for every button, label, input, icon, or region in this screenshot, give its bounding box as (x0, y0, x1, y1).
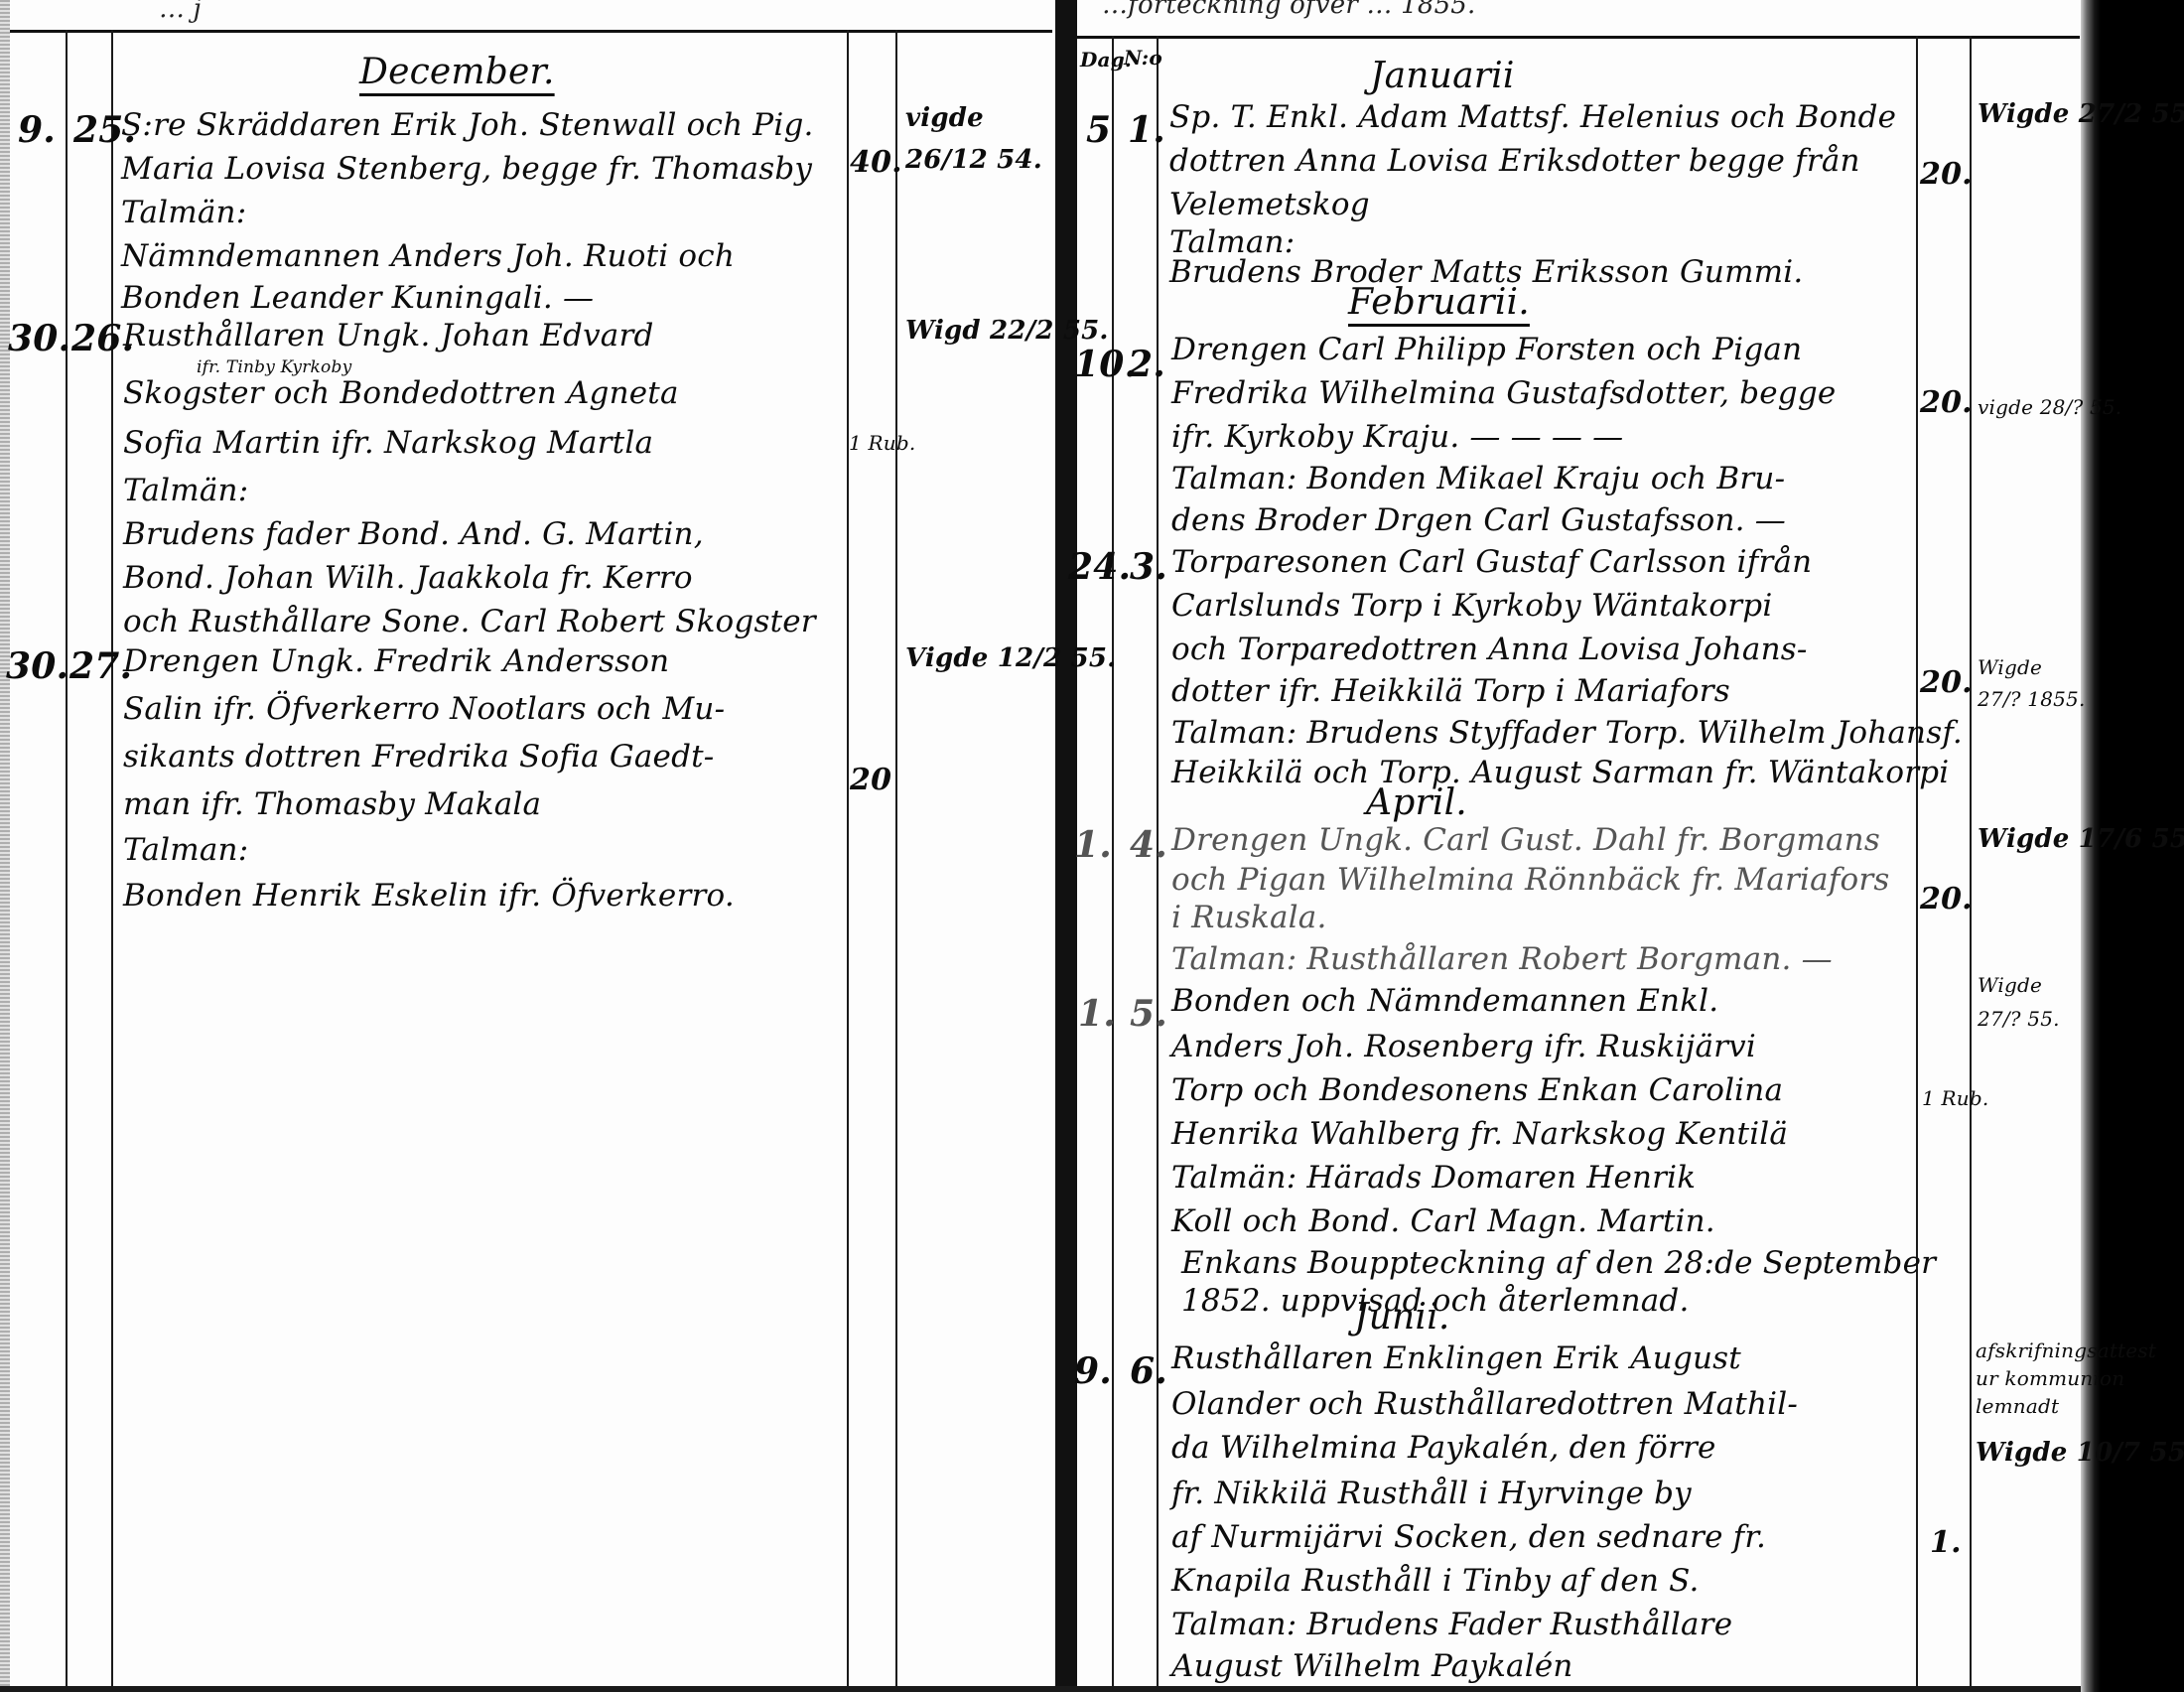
entry-line: i Ruskala. (1171, 900, 1327, 935)
entry-remark: Wigde (1978, 973, 2042, 997)
bottom-edge (0, 1686, 2081, 1692)
entry-line: Bonden Henrik Eskelin ifr. Öfverkerro. (123, 878, 735, 914)
entry-line: Brudens fader Bond. And. G. Martin, (123, 516, 704, 552)
left-col-day-rule (66, 30, 68, 1692)
month-heading-january: Januarii (1370, 56, 1515, 96)
entry-number: 5. (1130, 993, 1167, 1035)
entry-number: 1. (1128, 109, 1165, 151)
entry-line: fr. Nikkilä Rusthåll i Hyrvinge by (1171, 1476, 1692, 1511)
left-col-text-rule (847, 30, 849, 1692)
entry-line: Talmän: (123, 473, 248, 508)
entry-remark: Wigde 17/6 55. (1978, 824, 2184, 854)
entry-line: Carlslunds Torp i Kyrkoby Wäntakorpi (1171, 588, 1772, 624)
column-header-number: N:o (1124, 46, 1162, 70)
left-col-number-rule (111, 30, 113, 1692)
entry-line: Olander och Rusthållaredottren Mathil- (1171, 1386, 1798, 1422)
entry-day: 5 (1086, 109, 1111, 151)
entry-line: dotter ifr. Heikkilä Torp i Mariafors (1171, 673, 1730, 709)
month-heading-february: Februarii. (1348, 282, 1530, 323)
entry-number: 2. (1128, 344, 1165, 385)
top-scrawl-left: … j (159, 0, 202, 24)
entry-line: af Nurmijärvi Socken, den sednare fr. (1171, 1519, 1766, 1555)
entry-remark: ur kommunion (1976, 1366, 2124, 1390)
entry-remark: Wigde (1978, 655, 2042, 679)
entry-line: Maria Lovisa Stenberg, begge fr. Thomasb… (121, 151, 812, 187)
entry-remark: 27/? 1855. (1978, 687, 2086, 711)
entry-line: Koll och Bond. Carl Magn. Martin. (1171, 1203, 1715, 1239)
entry-line: Drengen Carl Philipp Forsten och Pigan (1171, 332, 1802, 367)
right-header-rule (1077, 36, 2080, 39)
month-heading-june: Junii. (1354, 1297, 1449, 1338)
entry-fee: 20. (1920, 882, 1973, 916)
entry-remark: Wigd 22/2 55. (905, 316, 1109, 346)
entry-remark: vigde (905, 103, 984, 133)
entry-line: Talman: Rusthållaren Robert Borgman. — (1171, 941, 1833, 977)
entry-line: Bonden Leander Kuningali. — (121, 280, 594, 316)
entry-remark: afskrifningsattest (1976, 1339, 2156, 1362)
entry-fee: 20. (1920, 157, 1973, 192)
entry-fee: 1 Rub. (1922, 1086, 1988, 1110)
entry-remark: Wigde 27/2 55. (1978, 99, 2184, 129)
entry-line: Talmän: Härads Domaren Henrik (1171, 1160, 1696, 1196)
entry-line: sikants dottren Fredrika Sofia Gaedt- (123, 739, 714, 775)
entry-number: 6. (1130, 1350, 1167, 1392)
right-col-day-rule (1112, 36, 1114, 1692)
entry-remark: Wigde 10/7 55. (1976, 1438, 2184, 1468)
entry-day: 30. (8, 318, 70, 359)
entry-line: Talman: (123, 832, 248, 868)
entry-line: dens Broder Drgen Carl Gustafsson. — (1171, 502, 1786, 538)
top-scrawl-right: …förteckning öfver … 1855. (1102, 0, 1476, 20)
entry-line: Salin ifr. Öfverkerro Nootlars och Mu- (123, 691, 725, 727)
entry-line: Rusthållaren Enklingen Erik August (1171, 1340, 1741, 1376)
entry-line: man ifr. Thomasby Makala (123, 786, 541, 822)
entry-day: 24. (1068, 546, 1131, 588)
entry-line: Drengen Ungk. Fredrik Andersson (123, 643, 669, 679)
entry-line: Henrika Wahlberg fr. Narkskog Kentilä (1171, 1116, 1788, 1152)
entry-fee: 1 Rub. (849, 431, 915, 455)
entry-line: August Wilhelm Paykalén (1171, 1648, 1573, 1684)
entry-fee: 20 (850, 763, 891, 797)
right-col-fee-rule (1970, 36, 1972, 1692)
entry-line: Heikkilä och Torp. August Sarman fr. Wän… (1171, 755, 1949, 790)
entry-line: Bond. Johan Wilh. Jaakkola fr. Kerro (123, 560, 693, 596)
entry-day: 1. (1074, 824, 1112, 866)
month-heading-april: April. (1366, 782, 1467, 823)
entry-line: Anders Joh. Rosenberg ifr. Ruskijärvi (1171, 1029, 1756, 1064)
entry-fee: 40. (850, 145, 902, 180)
entry-fee: 1. (1930, 1525, 1962, 1560)
entry-day: 9. (1074, 1350, 1112, 1392)
entry-line: Sofia Martin ifr. Narkskog Martla (123, 425, 653, 461)
entry-line: Skogster och Bondedottren Agneta (123, 375, 679, 411)
entry-line: Fredrika Wilhelmina Gustafsdotter, begge (1171, 375, 1836, 411)
entry-line: och Pigan Wilhelmina Rönnbäck fr. Mariaf… (1171, 862, 1890, 898)
left-page-edge (0, 0, 10, 1692)
entry-day: 30. (6, 645, 68, 687)
entry-day: 1. (1078, 993, 1116, 1035)
entry-line: Torparesonen Carl Gustaf Carlsson ifrån (1171, 544, 1812, 580)
entry-line: Sp. T. Enkl. Adam Mattsf. Helenius och B… (1169, 99, 1896, 135)
entry-remark: Vigde 12/2 55. (905, 643, 1116, 673)
entry-line: Drengen Ungk. Carl Gust. Dahl fr. Borgma… (1171, 822, 1880, 858)
entry-line: Bonden och Nämndemannen Enkl. (1171, 983, 1718, 1019)
entry-line: Torp och Bondesonens Enkan Carolina (1171, 1072, 1783, 1108)
month-heading-december: December. (359, 52, 555, 92)
left-col-fee-rule (895, 30, 897, 1692)
entry-line: Rusthållaren Ungk. Johan Edvard (123, 318, 654, 353)
entry-line: Talman: Bonden Mikael Kraju och Bru- (1171, 461, 1785, 496)
entry-line: ifr. Kyrkoby Kraju. — — — — (1171, 419, 1623, 455)
entry-line: Knapila Rusthåll i Tinby af den S. (1171, 1563, 1700, 1599)
entry-fee: 20. (1920, 385, 1973, 420)
entry-line: da Wilhelmina Paykalén, den förre (1171, 1430, 1716, 1466)
entry-line: och Rusthållare Sone. Carl Robert Skogst… (123, 604, 816, 639)
entry-remark: 26/12 54. (905, 145, 1042, 175)
entry-day: 9. (18, 109, 56, 151)
entry-number: 4. (1130, 824, 1167, 866)
entry-remark: lemnadt (1976, 1394, 2059, 1418)
entry-line: Enkans Bouppteckning af den 28:de Septem… (1181, 1245, 1936, 1281)
entry-line: Talman: Brudens Styffader Torp. Wilhelm … (1171, 715, 1963, 751)
entry-line: och Torparedottren Anna Lovisa Johans- (1171, 632, 1808, 667)
entry-fee: 20. (1920, 665, 1973, 700)
entry-interlinear-note: ifr. Tinby Kyrkoby (197, 357, 351, 377)
entry-line: dottren Anna Lovisa Eriksdotter begge fr… (1169, 143, 1860, 179)
entry-line: Velemetskog (1169, 187, 1370, 222)
entry-line: Talmän: (121, 195, 246, 230)
entry-line: Talman: Brudens Fader Rusthållare (1171, 1607, 1732, 1642)
entry-line: Nämndemannen Anders Joh. Ruoti och (121, 238, 735, 274)
entry-number: 3. (1130, 546, 1167, 588)
entry-remark: 27/? 55. (1978, 1007, 2060, 1031)
right-col-text-rule (1916, 36, 1918, 1692)
entry-remark: vigde 28/? 55. (1978, 395, 2121, 419)
entry-line: S:re Skräddaren Erik Joh. Stenwall och P… (121, 107, 814, 143)
